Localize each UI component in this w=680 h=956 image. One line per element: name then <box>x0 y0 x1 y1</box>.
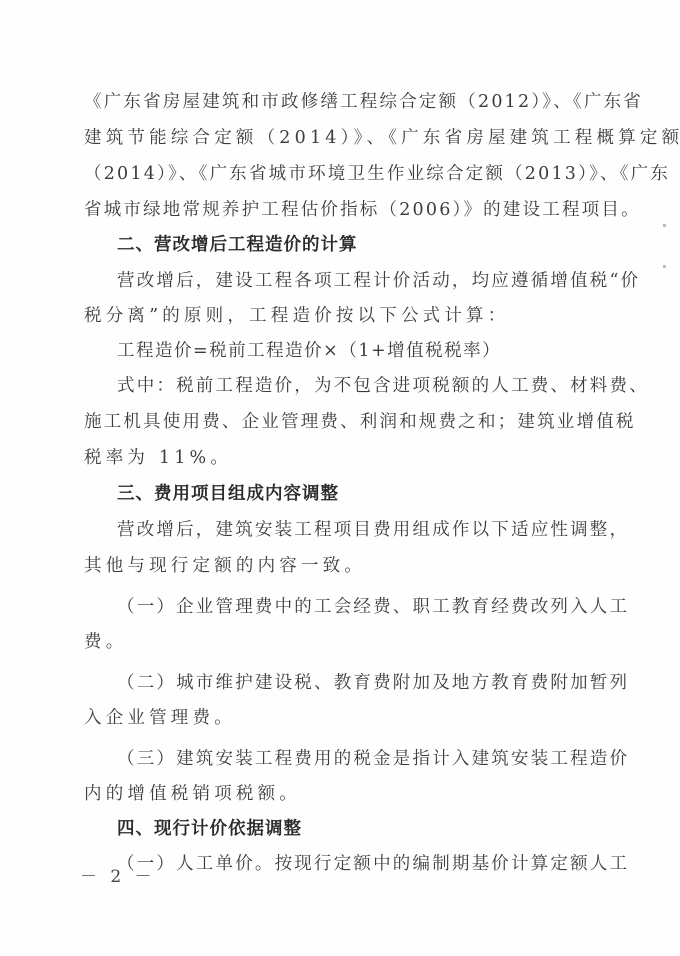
body-line: 税率为 11%。 <box>84 440 604 476</box>
body-line: （二）城市维护建设税、教育费附加及地方教育费附加暂列 <box>117 665 604 701</box>
body-line: （三）建筑安装工程费用的税金是指计入建筑安装工程造价 <box>117 741 604 777</box>
body-line: （一）人工单价。按现行定额中的编制期基价计算定额人工 <box>117 846 604 882</box>
scan-speck <box>663 265 666 268</box>
section-heading-4: 四、现行计价依据调整 <box>117 811 637 847</box>
body-line: 入企业管理费。 <box>84 700 604 736</box>
body-line: 内的增值税销项税额。 <box>84 776 604 812</box>
section-heading-2: 二、营改增后工程造价的计算 <box>117 227 637 263</box>
body-line: （一）企业管理费中的工会经费、职工教育经费改列入人工 <box>117 589 604 625</box>
body-line: 《广东省房屋建筑和市政修缮工程综合定额（2012）》、《广东省 <box>84 84 604 120</box>
body-line: 营改增后，建筑安装工程项目费用组成作以下适应性调整， <box>117 512 604 548</box>
document-page: 《广东省房屋建筑和市政修缮工程综合定额（2012）》、《广东省 建筑节能综合定额… <box>0 0 680 956</box>
body-line: 营改增后，建设工程各项工程计价活动，均应遵循增值税“价 <box>117 263 604 299</box>
body-line: 式中：税前工程造价，为不包含进项税额的人工费、材料费、 <box>117 368 604 404</box>
body-line: 费。 <box>84 624 604 660</box>
body-line: 其他与现行定额的内容一致。 <box>84 548 604 584</box>
body-line: 省城市绿地常规养护工程估价指标（2006）》的建设工程项目。 <box>84 192 604 228</box>
formula-line: 工程造价=税前工程造价×（1+增值税税率） <box>117 333 637 369</box>
body-line: 税分离”的原则，工程造价按以下公式计算： <box>84 298 604 334</box>
body-line: （2014）》、《广东省城市环境卫生作业综合定额（2013）》、《广东 <box>84 156 604 192</box>
section-heading-3: 三、费用项目组成内容调整 <box>117 476 637 512</box>
scan-speck <box>663 224 666 227</box>
page-number: － 2 － <box>80 862 156 887</box>
body-line: 建筑节能综合定额（2014）》、《广东省房屋建筑工程概算定额 <box>84 120 604 156</box>
body-line: 施工机具使用费、企业管理费、利润和规费之和；建筑业增值税 <box>84 404 604 440</box>
